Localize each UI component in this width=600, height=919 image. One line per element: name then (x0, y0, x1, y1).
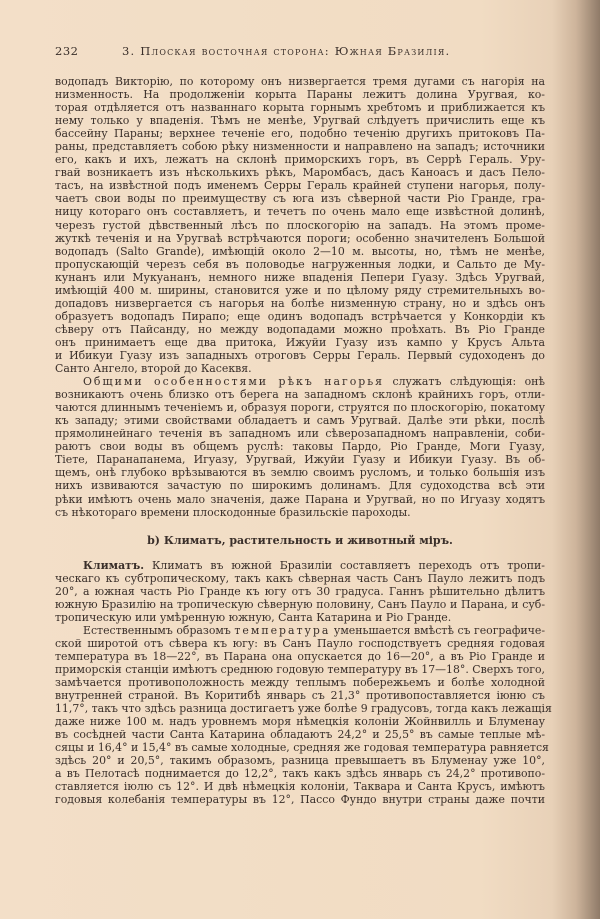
text-line: температура въ 18—22°, въ Парана она опу… (55, 650, 545, 663)
text-line: годовыя колебанія температуры въ 12°, Па… (55, 793, 545, 806)
text-line: чаются длиннымъ теченіемъ и, образуя пор… (55, 401, 545, 414)
text-line: ставляется іюлю съ 12°. И двѣ нѣмецкія к… (55, 780, 545, 793)
text-line: Общими особенностями рѣкъ нагорья служат… (55, 375, 545, 388)
text-line: ницу котораго онъ составляетъ, и течетъ … (55, 205, 545, 218)
text-line: водопадъ Викторію, по которому онъ низве… (55, 75, 545, 88)
text-line: онъ принимаетъ еще два притока, Ижуйи Гу… (55, 336, 545, 349)
text-line: водопадъ (Salto Grande), имѣющій около 2… (55, 245, 545, 258)
text-line: Естественнымъ образомъ температура умень… (55, 624, 545, 637)
text-line: Тіете, Паранапанема, Игуазу, Уругвай, Иж… (55, 453, 545, 466)
text-line: въ сосѣдней части Санта Катарина обладаю… (55, 728, 545, 741)
text-line: пропускающій черезъ себя въ половодье на… (55, 258, 545, 271)
text-line: черезъ густой дѣвственный лѣсъ по плоско… (55, 219, 545, 232)
text-line: нему только у впаденія. Тѣмъ не менѣе, У… (55, 114, 545, 127)
text-line: къ западу; этими свойствами обладаетъ и … (55, 414, 545, 427)
text-line: гвай возникаетъ изъ нѣсколькихъ рѣкъ, Ма… (55, 166, 545, 179)
paragraph-climate: Климатъ. Климатъ въ южной Бразиліи соста… (55, 559, 545, 624)
book-page: 232 3. Плоская восточная сторона: Южная … (0, 0, 600, 919)
text-line: тропическую или умѣренную южную, Санта К… (55, 611, 545, 624)
text-line: тасъ, на извѣстной подъ именемъ Серры Ге… (55, 179, 545, 192)
text-line: замѣчается противоположность между теплы… (55, 676, 545, 689)
text-line: нихъ извиваются зачастую по широкимъ дол… (55, 479, 545, 492)
spaced-lead: Общими особенностями рѣкъ нагорья (83, 375, 384, 388)
text-line: жуткѣ теченія и на Уругваѣ встрѣчаются п… (55, 232, 545, 245)
text-line: Санто Ангело, второй до Касеквя. (55, 362, 545, 375)
text-line: его, какъ и ихъ, лежатъ на склонѣ примор… (55, 153, 545, 166)
text-line: 20°, а южная часть Ріо Гранде къ югу отъ… (55, 585, 545, 598)
text-line: южную Бразилію на тропическую сѣверную п… (55, 598, 545, 611)
text-line: чаетъ свои воды по преимуществу съ юга и… (55, 192, 545, 205)
text-line: образуетъ водопадъ Пирапо; еще одинъ вод… (55, 310, 545, 323)
text-line: прямолинейнаго теченія въ западномъ или … (55, 427, 545, 440)
bold-lead: Климатъ. (83, 559, 144, 572)
text-line: приморскія станціи имѣютъ среднюю годову… (55, 663, 545, 676)
text-line: имѣющій 400 м. ширины, становится уже и … (55, 284, 545, 297)
page-number: 232 (55, 44, 78, 58)
text-line: здѣсь 20° и 20,5°, такимъ образомъ, разн… (55, 754, 545, 767)
text-line: бассейну Параны; верхнее теченіе его, по… (55, 127, 545, 140)
text-line: внутренней страной. Въ Коритибѣ январь с… (55, 689, 545, 702)
text-line: раютъ свои воды въ общемъ руслѣ: таковы … (55, 440, 545, 453)
text-line: ческаго къ субтропическому, такъ какъ сѣ… (55, 572, 545, 585)
text-line: торая отдѣляется отъ названнаго корыта г… (55, 101, 545, 114)
text-line: Климатъ. Климатъ въ южной Бразиліи соста… (55, 559, 545, 572)
text-line: сяцы и 16,4° и 15,4° въ самые холодные, … (55, 741, 545, 754)
text-line: ской широтой отъ сѣвера къ югу: въ Санъ … (55, 637, 545, 650)
text-line: съ нѣкотораго времени плоскодонные брази… (55, 506, 545, 519)
text-line: сѣверу отъ Пайсанду, но между водопадами… (55, 323, 545, 336)
spaced-word: температура (234, 624, 330, 637)
text-line: 11,7°, такъ что здѣсь разница достигаетъ… (55, 702, 545, 715)
text-line: а въ Пелотасѣ поднимается до 12,2°, такъ… (55, 767, 545, 780)
text-line: и Ибикуи Гуазу изъ западныхъ отроговъ Се… (55, 349, 545, 362)
text-line: возникаютъ очень близко отъ берега на за… (55, 388, 545, 401)
text-line: рѣки имѣютъ очень мало значенія, даже Па… (55, 493, 545, 506)
paragraph-river-features: Общими особенностями рѣкъ нагорья служат… (55, 375, 545, 519)
running-title: 3. Плоская восточная сторона: Южная Браз… (122, 44, 450, 58)
paragraph-rivers: водопадъ Викторію, по которому онъ низве… (55, 75, 545, 375)
text-line: кунанъ или Мукуананъ, немного ниже впаде… (55, 271, 545, 284)
paragraph-temperature: Естественнымъ образомъ температура умень… (55, 624, 545, 807)
text-line: щемъ, онѣ глубоко врѣзываются въ землю с… (55, 466, 545, 479)
text-line: низменность. На продолженіи корыта Паран… (55, 88, 545, 101)
text-line: раны, представляетъ собою рѣку низменнос… (55, 140, 545, 153)
page-body: водопадъ Викторію, по которому онъ низве… (55, 75, 545, 807)
text-line: даже ниже 100 м. надъ уровнемъ моря нѣме… (55, 715, 545, 728)
section-heading: b) Климатъ, растительность и животный мі… (55, 534, 545, 547)
text-line: допадовъ низвергается съ нагорья на болѣ… (55, 297, 545, 310)
